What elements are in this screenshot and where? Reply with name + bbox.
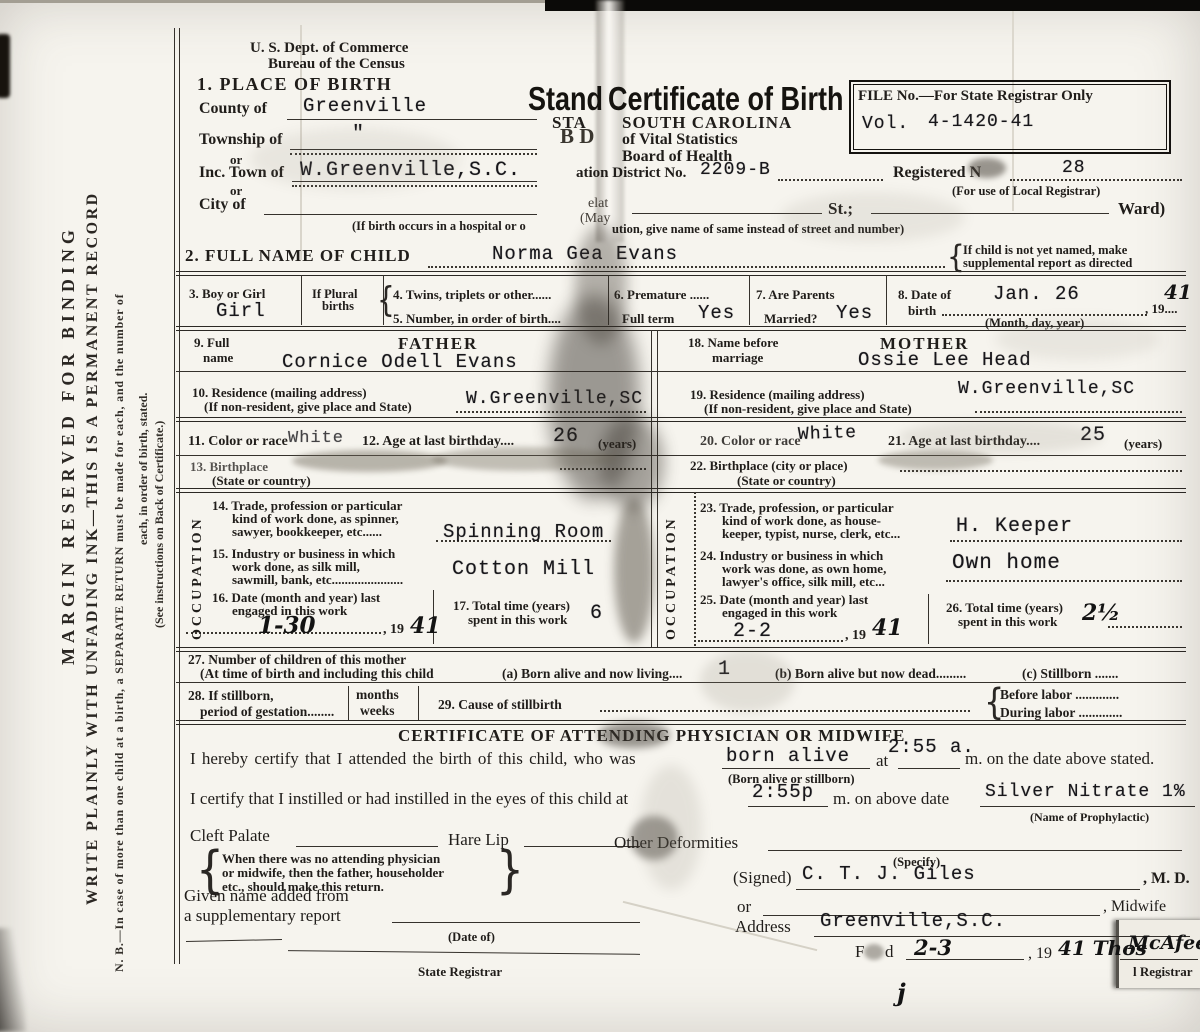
occ26-divider [928, 594, 929, 644]
margin-nb-note-line1: N. B.—In case of more than one child at … [112, 293, 127, 972]
occ26-label2: spent in this work [958, 614, 1057, 630]
bleed-5 [640, 765, 702, 890]
no-physician-brace-right: } [496, 841, 524, 900]
registered-value: 28 [1062, 158, 1086, 178]
cause-stillbirth-label: 29. Cause of stillbirth [438, 697, 562, 713]
during-labor-label: During labor ............. [1000, 705, 1122, 721]
father-race-value: White [288, 429, 344, 448]
father-residence-value: W.Greenville,SC [466, 389, 643, 409]
physician-heading: CERTIFICATE OF ATTENDING PHYSICIAN OR MI… [398, 726, 905, 746]
ink-blot-occupation [614, 498, 654, 643]
cause-stillbirth-leader [600, 710, 970, 712]
born-alive-living-value: 1 [718, 658, 731, 681]
certify-line2-mid: m. on above date [833, 789, 949, 809]
birth-order-label: 5. Number, in order of birth.... [393, 311, 561, 327]
township-value: " [352, 123, 365, 146]
birth-time-value: 2:55 a. [888, 736, 975, 758]
twins-label: 4. Twins, triplets or other...... [393, 287, 551, 303]
child-name-leader [428, 266, 945, 268]
margin-nb-note-line2: each, in order of birth, stated. [136, 393, 151, 545]
city-label: City of [199, 196, 246, 214]
born-alive-dead-label: (b) Born alive but now dead......... [775, 666, 966, 682]
given-name-underline [392, 922, 640, 923]
father-residence-leader [456, 411, 646, 413]
child-note-line2: supplemental report as directed [963, 256, 1132, 271]
margin-binding-note: MARGIN RESERVED FOR BINDING [58, 225, 79, 665]
filed-label-frag2: d [885, 942, 894, 962]
signed-underline [796, 889, 1140, 890]
instill-time-value: 2:55p [752, 781, 814, 803]
filed-label-frag1: F [855, 942, 864, 962]
certify-line1-text: I hereby certify that I attended the bir… [190, 749, 636, 769]
state-registrar-line1 [186, 939, 282, 942]
months-label: months [356, 687, 399, 703]
mother-years-note: (years) [1124, 436, 1162, 452]
occupation-vertical-left: OCCUPATION [190, 516, 206, 640]
born-alive-value: born alive [726, 745, 850, 767]
mother-birthplace-leader [900, 470, 1182, 472]
mother-birthplace-note: (State or country) [737, 473, 836, 489]
at-label-1: at [876, 751, 888, 771]
occ14-value: Spinning Room [443, 521, 604, 543]
grid-v5 [886, 275, 887, 325]
county-label: County of [199, 100, 267, 118]
address-label: Address [735, 917, 791, 937]
other-deformities-label: Other Deformities [614, 833, 738, 853]
rule-under-birthplace [176, 488, 1186, 493]
street-label: St.; [828, 199, 853, 219]
district-value: 2209-B [700, 160, 771, 180]
registered-leader [1010, 179, 1182, 181]
local-registrar-label: l Registrar [1133, 964, 1193, 980]
dob-value: Jan. 26 [993, 283, 1080, 305]
ward-underline [871, 213, 1109, 214]
parents-label: 7. Are Parents [756, 287, 835, 303]
inc-town-underline2 [292, 185, 537, 187]
stillborn-count-label: (c) Stillborn ....... [1022, 666, 1118, 682]
filed-label-smudge [864, 944, 884, 960]
occ24-leader [946, 580, 1182, 582]
occ26-leader [1108, 626, 1182, 628]
occupation-vertical-right: OCCUPATION [664, 516, 680, 640]
premature-label: 6. Premature ...... [614, 287, 709, 303]
street-underline [632, 213, 822, 214]
midwife-label: , Midwife [1103, 898, 1166, 916]
birth-time-underline [898, 768, 960, 769]
signed-label: (Signed) [733, 868, 792, 888]
child-name-label: 2. FULL NAME OF CHILD [185, 246, 411, 266]
occ16-year: 41 [410, 613, 441, 639]
torn-frag-1: elat [588, 196, 608, 212]
father-age-label: 12. Age at last birthday.... [362, 434, 514, 450]
occ24-value: Own home [952, 552, 1061, 575]
father-years-note: (years) [598, 436, 636, 452]
occ14-label3: sawyer, bookkeeper, etc...... [232, 524, 382, 540]
county-underline [287, 119, 537, 120]
if-stillborn-label2: period of gestation........ [200, 704, 334, 720]
occ15-label3: sawmill, bank, etc...................... [232, 572, 403, 588]
if-stillborn-label1: 28. If stillborn, [188, 688, 274, 704]
inc-town-value: W.Greenville,S.C. [300, 159, 521, 182]
born-alive-underline [722, 768, 870, 769]
hospital-note-frag2: ution, give name of same instead of stre… [612, 222, 904, 237]
occ23-value: H. Keeper [956, 515, 1073, 538]
married-label: Married? [764, 311, 817, 327]
district-label: ation District No. [576, 165, 686, 182]
father-fullname-label2: name [203, 350, 233, 366]
dob-year-value: 41 [1164, 280, 1192, 304]
file-vol-label: Vol. [862, 114, 909, 134]
ink-blot-center-3 [600, 415, 664, 510]
grid-v4 [749, 275, 750, 325]
father-fullname-label1: 9. Full [194, 335, 229, 351]
occ25-year: 41 [872, 615, 903, 641]
father-residence-label2: (If non-resident, give place and State) [204, 399, 412, 415]
state-registrar-line2 [288, 950, 640, 955]
deformities-underline [768, 850, 1182, 851]
rule-under-name [176, 271, 1186, 276]
local-registrar-use-note: (For use of Local Registrar) [952, 184, 1100, 199]
birth-certificate-scan: MARGIN RESERVED FOR BINDING WRITE PLAINL… [0, 0, 1200, 1032]
occ25-label2: engaged in this work [722, 605, 837, 621]
rule-under-residence [176, 417, 1186, 422]
gestation-bar-left [348, 686, 349, 720]
grid-v1 [301, 275, 302, 325]
mother-residence-label2: (If non-resident, give place and State) [704, 401, 912, 417]
cleft-underline [296, 846, 438, 847]
section1-title: 1. PLACE OF BIRTH [197, 74, 392, 95]
before-labor-label: Before labor ............. [1000, 687, 1119, 703]
filed-date-value: 2-3 [914, 935, 952, 960]
mother-race-value: White [798, 423, 858, 445]
edge-blot-bottomleft [0, 928, 26, 1032]
father-race-label: 11. Color or race [188, 434, 288, 450]
margin-instructions-note: (See instructions on Back of Certificate… [152, 421, 167, 628]
j-mark: j [897, 978, 906, 1007]
mother-maiden-label1: 18. Name before [688, 335, 778, 351]
township-underline2 [290, 153, 537, 155]
given-name-label2: a supplementary report [184, 906, 341, 926]
torn-frag-2: (May [580, 211, 610, 227]
board-frag: B D [560, 124, 594, 149]
smudge-birthplace-left [292, 450, 447, 472]
signed-value: C. T. J. Giles [802, 863, 976, 885]
occ16-nineteen: , 19 [383, 622, 404, 638]
left-border-outer [174, 28, 175, 964]
registrar-signature: McAfee [1128, 932, 1200, 954]
dept-line1: U. S. Dept. of Commerce [250, 40, 408, 57]
date-of-note: (Date of) [448, 930, 495, 945]
born-alive-living-label: (a) Born alive and now living.... [502, 666, 682, 682]
occ25-nineteen: , 19 [845, 628, 866, 644]
ward-label: Ward) [1118, 199, 1165, 219]
vital-statistics-line: of Vital Statistics [622, 131, 738, 149]
left-border-inner [179, 28, 180, 964]
occ23-label3: keeper, typist, nurse, clerk, etc... [722, 526, 900, 542]
file-number-value: 4-1420-41 [928, 112, 1034, 132]
mother-maiden-label2: marriage [712, 350, 763, 366]
mother-residence-leader [975, 411, 1182, 413]
grid-v3 [608, 275, 609, 325]
smudge-birthplace-right [878, 450, 993, 470]
married-value: Yes [836, 302, 873, 324]
given-name-label1: Given name added from [184, 886, 349, 906]
edge-blot-left [0, 34, 10, 98]
full-term-label: Full term [622, 311, 674, 327]
or-midwife-label: or [737, 897, 751, 917]
gestation-bar-right [418, 686, 419, 720]
mother-race-label: 20. Color or race [700, 434, 801, 450]
margin-permanent-note: WRITE PLAINLY WITH UNFADING INK—THIS IS … [84, 191, 102, 905]
scanner-edge-topleft [0, 0, 545, 3]
instill-time-underline [748, 806, 828, 807]
rule-under-row27 [176, 682, 1186, 683]
scanner-edge-top [545, 0, 1200, 11]
occ25-value: 2-2 [733, 620, 772, 643]
filed-nineteen: , 19 [1028, 945, 1052, 963]
occ23-leader [950, 540, 1182, 542]
plural-label-line2: births [322, 299, 354, 314]
district-leader [778, 179, 883, 181]
dob-note: (Month, day, year) [985, 316, 1084, 331]
occ24-label3: lawyer's office, silk mill, etc... [722, 574, 885, 590]
occ17-value: 6 [590, 602, 603, 625]
township-label: Township of [199, 131, 282, 149]
inc-town-label: Inc. Town of [199, 164, 284, 182]
occ26-value: 2½ [1082, 600, 1120, 626]
mother-age-value: 25 [1080, 424, 1106, 447]
dept-line2: Bureau of the Census [268, 56, 405, 73]
township-underline [290, 149, 537, 150]
prophylactic-underline [980, 806, 1195, 807]
mother-age-label: 21. Age at last birthday.... [888, 434, 1040, 450]
registered-label: Registered N [893, 164, 981, 182]
father-age-value: 26 [553, 425, 579, 448]
dob-label-line2: birth [908, 303, 936, 319]
state-registrar-label: State Registrar [418, 964, 502, 980]
hospital-note-frag1: (If birth occurs in a hospital or o [352, 219, 526, 234]
occupation-right-divider [694, 492, 696, 646]
file-number-label: FILE No.—For State Registrar Only [858, 88, 1093, 105]
weeks-label: weeks [360, 703, 395, 719]
certify-line2-text: I certify that I instilled or had instil… [190, 789, 628, 809]
md-label: , M. D. [1143, 870, 1190, 888]
occ15-value: Cotton Mill [452, 558, 595, 581]
county-value: Greenville [303, 95, 427, 117]
rule-under-race [176, 455, 1186, 456]
address-value: Greenville,S.C. [820, 910, 1006, 932]
dob-label-line1: 8. Date of [898, 287, 951, 303]
city-underline [264, 214, 537, 215]
prophylactic-note: (Name of Prophylactic) [1030, 810, 1149, 825]
mother-birthplace-label: 22. Birthplace (city or place) [690, 458, 848, 474]
father-birthplace-note: (State or country) [212, 473, 311, 489]
mother-name-value: Ossie Lee Head [858, 349, 1032, 371]
child-name-value: Norma Gea Evans [492, 243, 678, 265]
certify-line1-end: m. on the date above stated. [965, 749, 1154, 769]
state-frag2: SOUTH CAROLINA [622, 113, 792, 133]
mother-residence-value: W.Greenville,SC [958, 379, 1135, 399]
father-name-value: Cornice Odell Evans [282, 351, 518, 373]
father-birthplace-leader [560, 468, 646, 470]
occ17-label2: spent in this work [468, 612, 567, 628]
prophylactic-value: Silver Nitrate 1% [985, 782, 1186, 802]
sex-value: Girl [216, 300, 266, 322]
occ16-value: 1-30 [258, 612, 316, 639]
children-count-label2: (At time of birth and including this chi… [200, 666, 434, 682]
full-term-value: Yes [698, 302, 735, 324]
